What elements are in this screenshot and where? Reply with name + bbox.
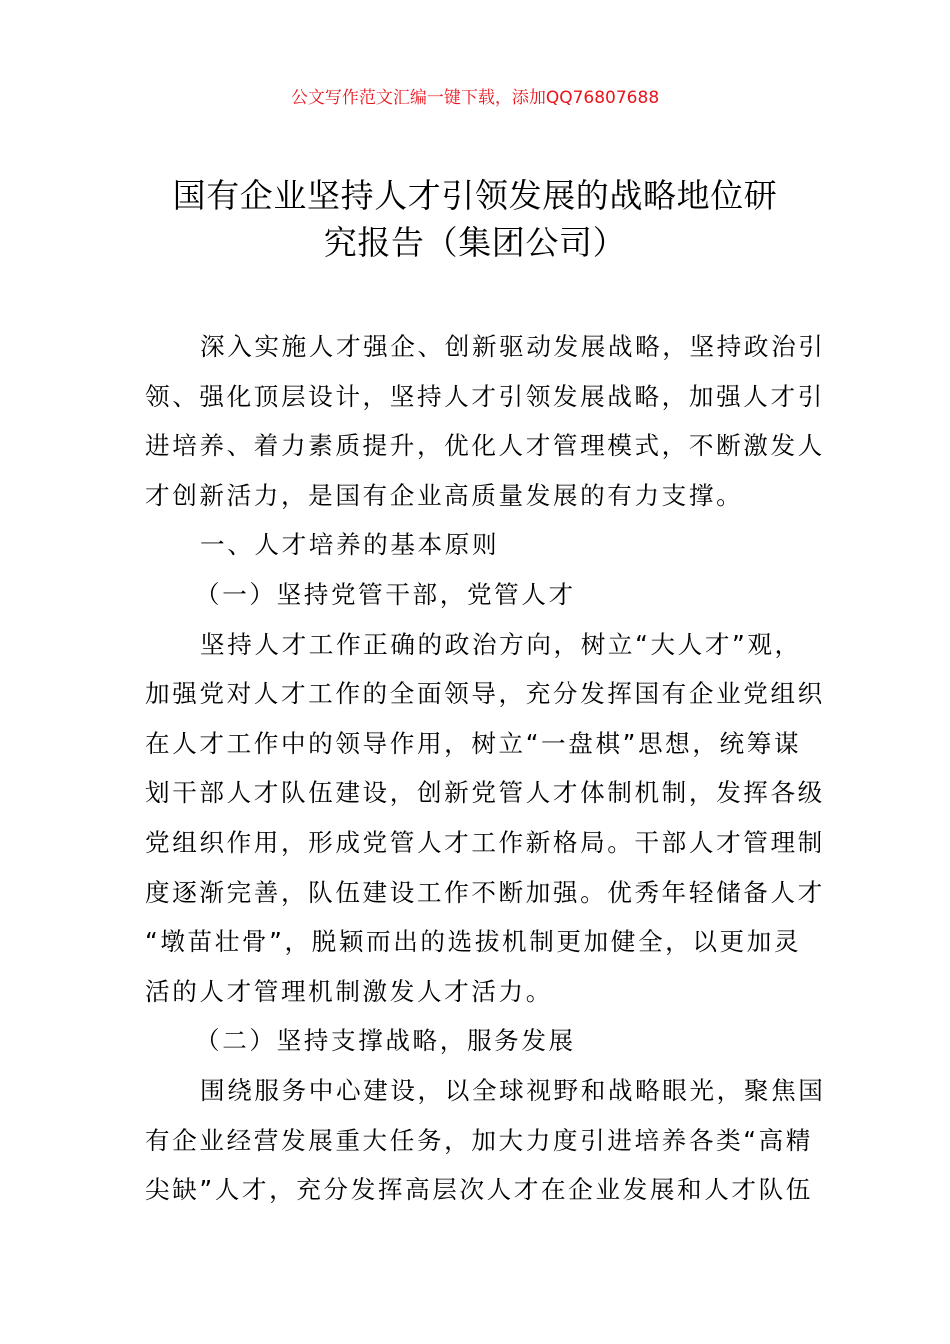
subsection-heading-1: （一）坚持党管干部，党管人才 xyxy=(145,570,807,620)
paragraph-line: 才创新活力，是国有企业高质量发展的有力支撑。 xyxy=(145,471,807,521)
document-body: 深入实施人才强企、创新驱动发展战略，坚持政治引 领、强化顶层设计，坚持人才引领发… xyxy=(145,322,807,1215)
body-paragraph-2: 围绕服务中心建设，以全球视野和战略眼光，聚焦国 有企业经营发展重大任务，加大力度… xyxy=(145,1066,807,1215)
paragraph-line: 坚持人才工作正确的政治方向，树立“大人才”观， xyxy=(145,620,807,670)
section-heading-text: 一、人才培养的基本原则 xyxy=(145,520,807,570)
paragraph-line: 围绕服务中心建设，以全球视野和战略眼光，聚焦国 xyxy=(145,1066,807,1116)
title-line-2: 究报告（集团公司） xyxy=(140,219,810,266)
subsection-heading-text: （一）坚持党管干部，党管人才 xyxy=(145,570,807,620)
paragraph-line: 加强党对人才工作的全面领导，充分发挥国有企业党组织 xyxy=(145,669,807,719)
title-line-1: 国有企业坚持人才引领发展的战略地位研 xyxy=(140,172,810,219)
paragraph-line: “墩苗壮骨”，脱颖而出的选拔机制更加健全，以更加灵 xyxy=(145,917,807,967)
paragraph-line: 党组织作用，形成党管人才工作新格局。干部人才管理制 xyxy=(145,818,807,868)
intro-paragraph: 深入实施人才强企、创新驱动发展战略，坚持政治引 领、强化顶层设计，坚持人才引领发… xyxy=(145,322,807,520)
paragraph-line: 深入实施人才强企、创新驱动发展战略，坚持政治引 xyxy=(145,322,807,372)
paragraph-line: 度逐渐完善，队伍建设工作不断加强。优秀年轻储备人才 xyxy=(145,868,807,918)
section-heading: 一、人才培养的基本原则 xyxy=(145,520,807,570)
document-title: 国有企业坚持人才引领发展的战略地位研 究报告（集团公司） xyxy=(140,172,810,266)
paragraph-line: 尖缺”人才，充分发挥高层次人才在企业发展和人才队伍 xyxy=(145,1165,807,1215)
paragraph-line: 领、强化顶层设计，坚持人才引领发展战略，加强人才引 xyxy=(145,372,807,422)
paragraph-line: 有企业经营发展重大任务，加大力度引进培养各类“高精 xyxy=(145,1116,807,1166)
paragraph-line: 划干部人才队伍建设，创新党管人才体制机制，发挥各级 xyxy=(145,768,807,818)
watermark-banner: 公文写作范文汇编一键下载，添加QQ76807688 xyxy=(0,86,950,110)
paragraph-line: 进培养、着力素质提升，优化人才管理模式，不断激发人 xyxy=(145,421,807,471)
subsection-heading-2: （二）坚持支撑战略，服务发展 xyxy=(145,1016,807,1066)
paragraph-line: 在人才工作中的领导作用，树立“一盘棋”思想，统筹谋 xyxy=(145,719,807,769)
body-paragraph-1: 坚持人才工作正确的政治方向，树立“大人才”观， 加强党对人才工作的全面领导，充分… xyxy=(145,620,807,1017)
paragraph-line: 活的人才管理机制激发人才活力。 xyxy=(145,967,807,1017)
subsection-heading-text: （二）坚持支撑战略，服务发展 xyxy=(145,1016,807,1066)
